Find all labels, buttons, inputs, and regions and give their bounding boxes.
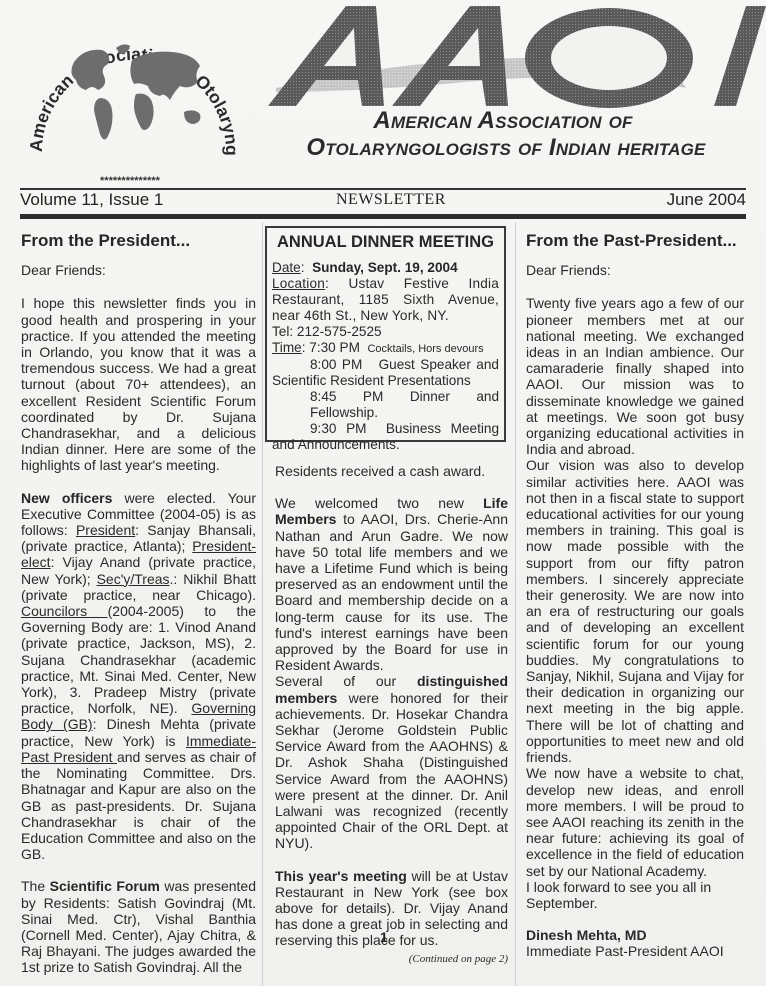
seal-stars: ************** [100, 175, 161, 187]
seal-text: American Association of Otolaryngologist… [4, 2, 242, 156]
middle-column: Residents received a cash award. We welc… [275, 463, 508, 967]
past-president-heading: From the Past-President... [526, 233, 744, 249]
org-name-line-1: American Association of [268, 107, 738, 135]
dinner-tel: Tel: 212-575-2525 [272, 324, 499, 340]
president-column: From the President... Dear Friends: I ho… [21, 233, 256, 976]
dinner-location: Location: Ustav Festive India Restaurant… [272, 276, 499, 324]
schedule-item: 8:00 PM Guest Speaker and Scientific Res… [272, 357, 499, 389]
scientific-forum-paragraph: The Scientific Forum was presented by Re… [21, 878, 256, 975]
life-members-paragraph: We welcomed two new Life Members to AAOI… [275, 495, 508, 673]
distinguished-members-paragraph: Several of our distinguished members wer… [275, 673, 508, 851]
continued-link[interactable]: (Continued on page 2) [275, 951, 508, 967]
association-seal-logo: American Association of Otolaryngologist… [4, 2, 256, 190]
schedule-item: Time: 7:30 PM Cocktails, Hors devours [272, 340, 499, 357]
councilors-label: Councilors [21, 603, 108, 619]
logo-text: AAOI [266, 0, 269, 1]
svg-text:American Association of Otolar: American Association of Otolaryngologist… [4, 2, 242, 156]
schedule-item: 8:45 PM Dinner and Fellowship. [272, 389, 499, 421]
president-label: President [76, 522, 135, 538]
column-divider [262, 222, 263, 986]
annual-dinner-box: ANNUAL DINNER MEETING Date: Sunday, Sept… [265, 226, 506, 442]
past-president-paragraph: Twenty five years ago a few of our pione… [526, 295, 744, 457]
issue-bar: Volume 11, Issue 1 NEWSLETTER June 2004 [20, 190, 746, 214]
past-president-paragraph: I look forward to see you all in Septemb… [526, 879, 744, 911]
issue-date: June 2004 [667, 190, 746, 210]
past-president-paragraph: We now have a website to chat, develop n… [526, 765, 744, 878]
signature-title: Immediate Past-President AAOI [526, 943, 744, 959]
secy-treas-label: Sec'y/Treas [97, 571, 170, 587]
past-president-paragraph: Our vision was also to develop similar a… [526, 457, 744, 765]
president-salutation: Dear Friends: [21, 262, 256, 278]
newsletter-page: American Association of Otolaryngologist… [0, 0, 766, 986]
officers-bold: New officers [21, 490, 112, 506]
past-president-column: From the Past-President... Dear Friends:… [526, 233, 744, 960]
column-divider [515, 222, 516, 986]
volume-issue: Volume 11, Issue 1 [20, 190, 163, 210]
header-rule-thick [20, 214, 746, 219]
this-years-meeting-paragraph: This year's meeting will be at Ustav Res… [275, 868, 508, 949]
aaoi-logo: AAOI [266, 0, 766, 112]
dinner-title: ANNUAL DINNER MEETING [272, 234, 499, 250]
officers-paragraph: New officers were elected. Your Executiv… [21, 490, 256, 863]
signature-name: Dinesh Mehta, MD [526, 927, 744, 943]
president-paragraph: I hope this newsletter finds you in good… [21, 295, 256, 473]
page-number: 1 [380, 929, 388, 945]
past-president-salutation: Dear Friends: [526, 262, 744, 278]
cash-award-paragraph: Residents received a cash award. [275, 463, 508, 479]
org-name-line-2: Otolaryngologists of Indian heritage [266, 134, 746, 162]
world-map-icon [71, 44, 200, 139]
schedule-item: 9:30 PM Business Meeting and Announcemen… [272, 421, 499, 453]
newsletter-label: NEWSLETTER [336, 191, 446, 209]
dinner-date: Date: Sunday, Sept. 19, 2004 [272, 260, 499, 276]
president-heading: From the President... [21, 233, 256, 249]
